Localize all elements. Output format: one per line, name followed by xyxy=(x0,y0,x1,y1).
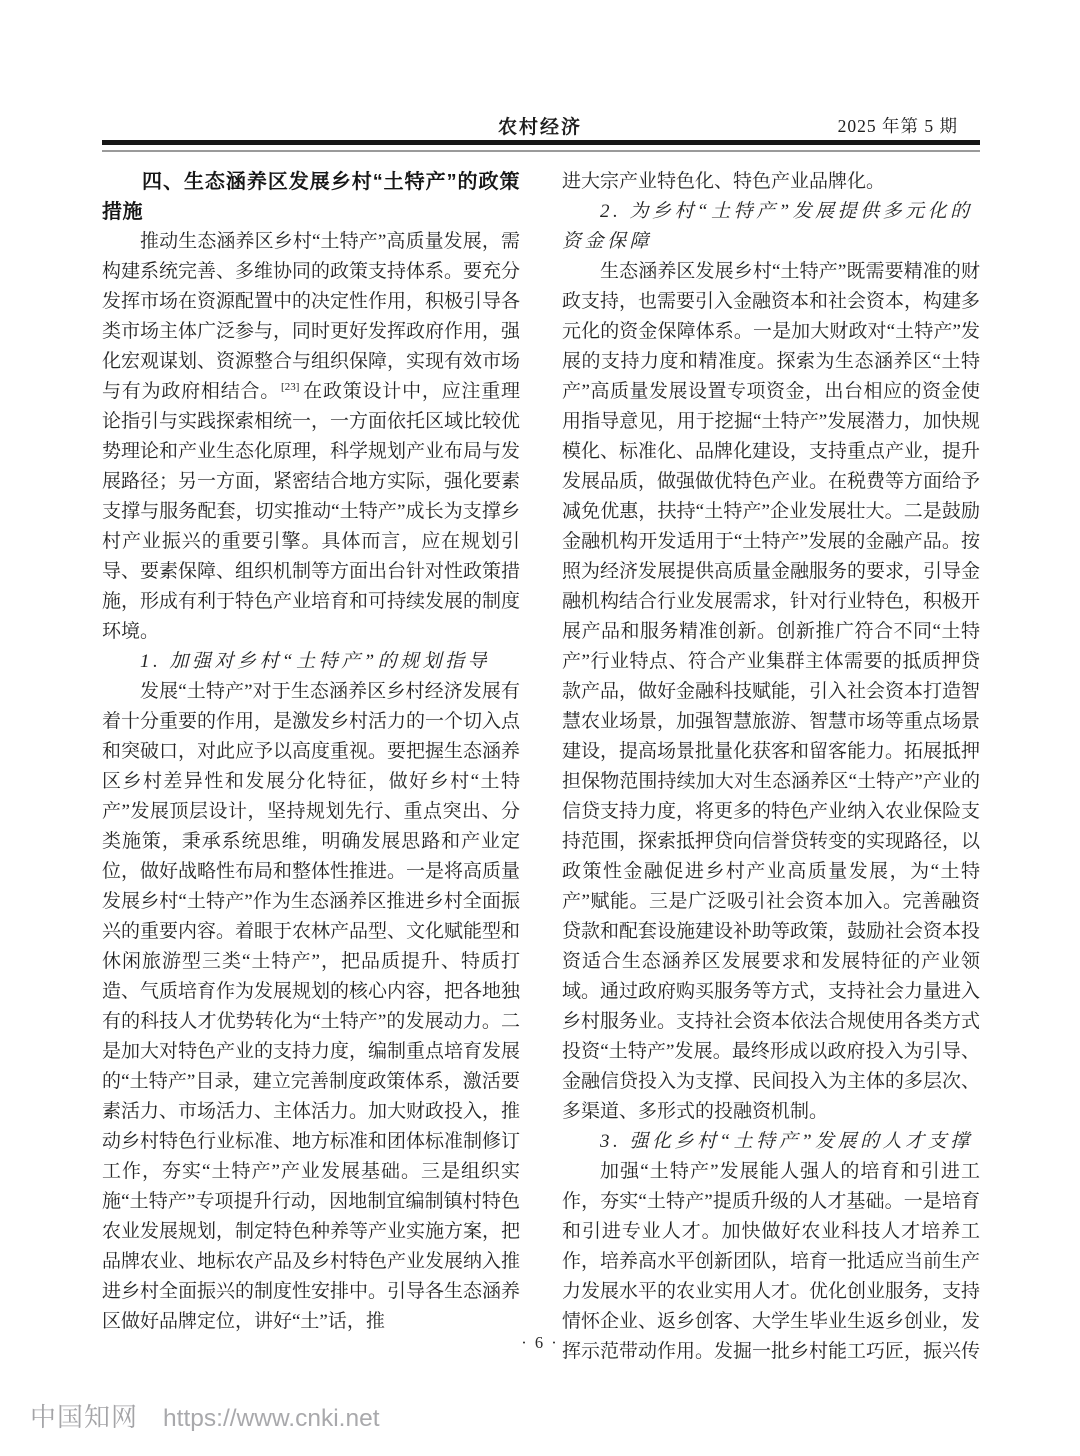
page-number: · 6 · xyxy=(0,1333,1080,1353)
issue-info: 2025 年第 5 期 xyxy=(838,113,958,138)
subheading-funding-support: 2. 为乡村“土特产”发展提供多元化的资金保障 xyxy=(562,197,980,257)
cnki-logo-text: 中国知网 xyxy=(30,1397,138,1434)
paragraph-continuation: 进大宗产业特色化、特色产业品牌化。 xyxy=(562,167,980,197)
right-column: 进大宗产业特色化、特色产业品牌化。 2. 为乡村“土特产”发展提供多元化的资金保… xyxy=(562,167,980,1367)
citation-ref: [23] xyxy=(281,381,299,393)
paragraph-text: 推动生态涵养区乡村“土特产”高质量发展，需构建系统完善、多维协同的政策支持体系。… xyxy=(102,231,520,402)
cnki-watermark: 中国知网 https://www.cnki.net xyxy=(30,1397,380,1434)
paragraph-policy-overview: 推动生态涵养区乡村“土特产”高质量发展，需构建系统完善、多维协同的政策支持体系。… xyxy=(102,227,520,647)
subheading-talent-support: 3. 强化乡村“土特产”发展的人才支撑 xyxy=(562,1127,980,1157)
paragraph-funding-support: 生态涵养区发展乡村“土特产”既需要精准的财政支持，也需要引入金融资本和社会资本，… xyxy=(562,257,980,1127)
subheading-planning-guidance: 1. 加强对乡村“土特产”的规划指导 xyxy=(102,647,520,677)
paragraph-planning-guidance: 发展“土特产”对于生态涵养区乡村经济发展有着十分重要的作用，是激发乡村活力的一个… xyxy=(102,677,520,1337)
journal-page: 农村经济 2025 年第 5 期 四、生态涵养区发展乡村“土特产”的政策措施 推… xyxy=(0,0,1080,1456)
paragraph-text: 在政策设计中，应注重理论指引与实践探索相统一，一方面依托区域比较优势理论和产业生… xyxy=(102,381,520,642)
section-heading: 四、生态涵养区发展乡村“土特产”的政策措施 xyxy=(102,167,520,227)
header-rule-thick xyxy=(102,140,980,145)
left-column: 四、生态涵养区发展乡村“土特产”的政策措施 推动生态涵养区乡村“土特产”高质量发… xyxy=(102,167,520,1367)
header-rule-thin xyxy=(102,150,980,152)
article-body: 四、生态涵养区发展乡村“土特产”的政策措施 推动生态涵养区乡村“土特产”高质量发… xyxy=(102,167,980,1367)
cnki-url: https://www.cnki.net xyxy=(163,1405,380,1433)
